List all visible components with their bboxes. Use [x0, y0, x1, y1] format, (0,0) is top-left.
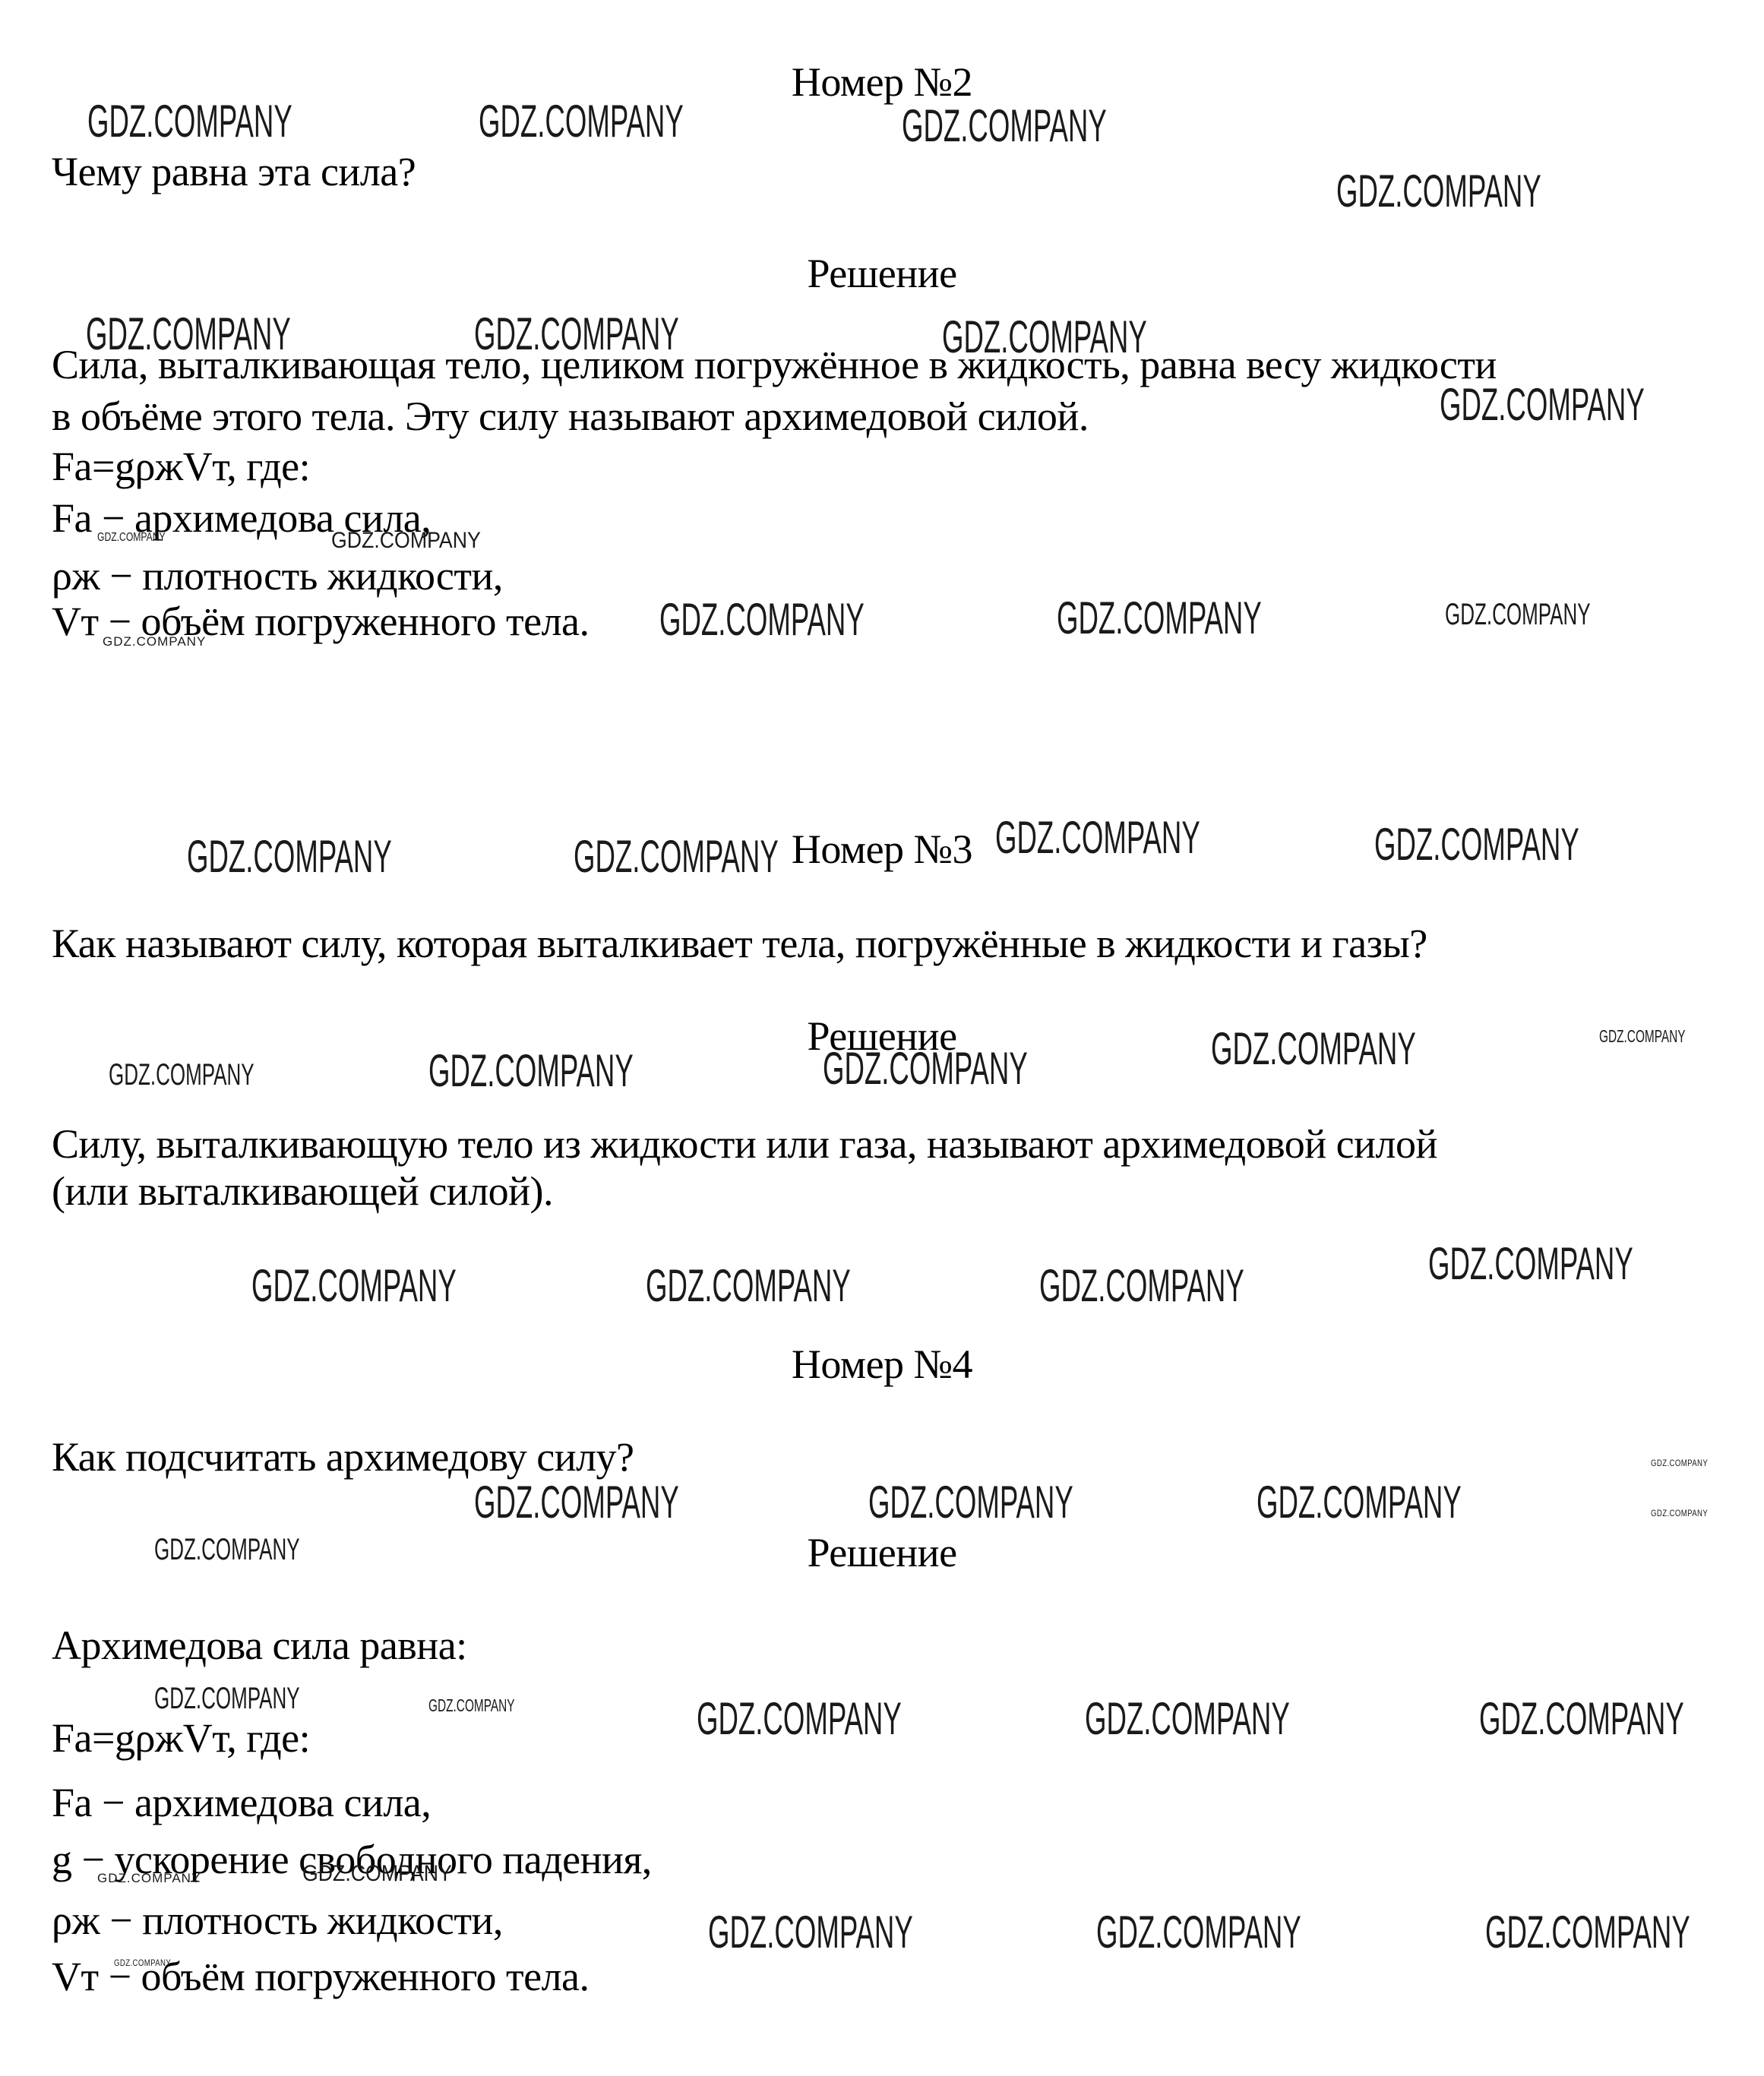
- watermark: GDZ.COMPANY: [902, 103, 1107, 149]
- section-2-solution-heading: Решение: [0, 251, 1764, 296]
- watermark: GDZ.COMPANY: [1651, 1509, 1708, 1518]
- section-2-answer-line1: Сила, выталкивающая тело, целиком погруж…: [52, 342, 1497, 387]
- watermark: GDZ.COMPANY: [114, 1958, 171, 1967]
- answer-line2-normal: в объёме этого тела. Эту силу называют: [52, 393, 744, 439]
- section-3-answer-line1: Силу, выталкивающую тело из жидкости или…: [52, 1121, 1437, 1167]
- watermark: GDZ.COMPANY: [87, 99, 292, 144]
- document-page: Номер №2 GDZ.COMPANY GDZ.COMPANY GDZ.COM…: [0, 0, 1764, 2076]
- watermark: GDZ.COMPANY: [1085, 1696, 1290, 1742]
- watermark: GDZ.COMPANY: [868, 1480, 1073, 1525]
- watermark: GDZ.COMPANY: [1374, 822, 1579, 867]
- watermark: GDZ.COMPANY: [1336, 169, 1541, 214]
- section-2-formula: Fa=gρжVт, где:: [52, 444, 310, 489]
- section-4-def-fa: Fa − архимедова сила,: [52, 1780, 431, 1825]
- watermark: GDZ.COMPANY: [1257, 1480, 1462, 1525]
- watermark: GDZ.COMPANY: [428, 1697, 515, 1714]
- watermark: GDZ.COMPANY: [428, 1048, 634, 1094]
- watermark: GDZ.COMPANY: [97, 532, 166, 544]
- watermark: GDZ.COMPANY: [331, 529, 481, 552]
- watermark: GDZ.COMPANY: [1440, 382, 1645, 428]
- watermark: GDZ.COMPANY: [1039, 1263, 1244, 1309]
- section-4-solution-heading: Решение: [0, 1530, 1764, 1575]
- watermark: GDZ.COMPANY: [659, 597, 865, 643]
- watermark: GDZ.COMPANY: [1485, 1910, 1690, 1955]
- watermark: GDZ.COMPANY: [479, 99, 684, 144]
- watermark: GDZ.COMPANY: [103, 635, 206, 648]
- watermark: GDZ.COMPANY: [697, 1696, 902, 1742]
- section-4-formula: Fa=gρжVт, где:: [52, 1715, 310, 1761]
- watermark: GDZ.COMPANY: [474, 1480, 679, 1525]
- watermark: GDZ.COMPANY: [823, 1046, 1028, 1092]
- watermark: GDZ.COMPANY: [1651, 1458, 1708, 1468]
- watermark: GDZ.COMPANY: [708, 1910, 913, 1955]
- watermark: GDZ.COMPANY: [154, 1683, 300, 1714]
- section-4-title: Номер №4: [0, 1341, 1764, 1387]
- section-4-def-rho: ρж − плотность жидкости,: [52, 1897, 503, 1943]
- section-2-def-rho: ρж − плотность жидкости,: [52, 553, 503, 599]
- section-3-question: Как называют силу, которая выталкивает т…: [52, 921, 1427, 966]
- section-2-answer-line2: в объёме этого тела. Эту силу называют а…: [52, 393, 1089, 439]
- watermark: GDZ.COMPANY: [1445, 599, 1591, 630]
- answer-line2-end: .: [1079, 393, 1089, 439]
- watermark: GDZ.COMPANY: [995, 815, 1200, 861]
- watermark: GDZ.COMPANY: [251, 1263, 457, 1309]
- watermark: GDZ.COMPANY: [109, 1060, 254, 1090]
- section-2-question: Чему равна эта сила?: [52, 149, 416, 194]
- answer-line2-bold: архимедовой силой: [744, 393, 1079, 439]
- watermark: GDZ.COMPANY: [1211, 1026, 1416, 1072]
- watermark: GDZ.COMPANY: [1599, 1028, 1686, 1045]
- watermark: GDZ.COMPANY: [1096, 1910, 1301, 1955]
- section-4-question: Как подсчитать архимедову силу?: [52, 1434, 634, 1480]
- watermark: GDZ.COMPANY: [1479, 1696, 1684, 1742]
- section-4-answer-intro: Архимедова сила равна:: [52, 1623, 467, 1668]
- section-3-answer-line2: (или выталкивающей силой).: [52, 1168, 553, 1214]
- watermark: GDZ.COMPANY: [1428, 1241, 1633, 1287]
- watermark: GDZ.COMPANY: [1057, 596, 1262, 641]
- watermark: GDZ.COMPANY: [97, 1872, 201, 1885]
- watermark: GDZ.COMPANY: [646, 1263, 851, 1309]
- watermark: GDZ.COMPANY: [302, 1863, 452, 1885]
